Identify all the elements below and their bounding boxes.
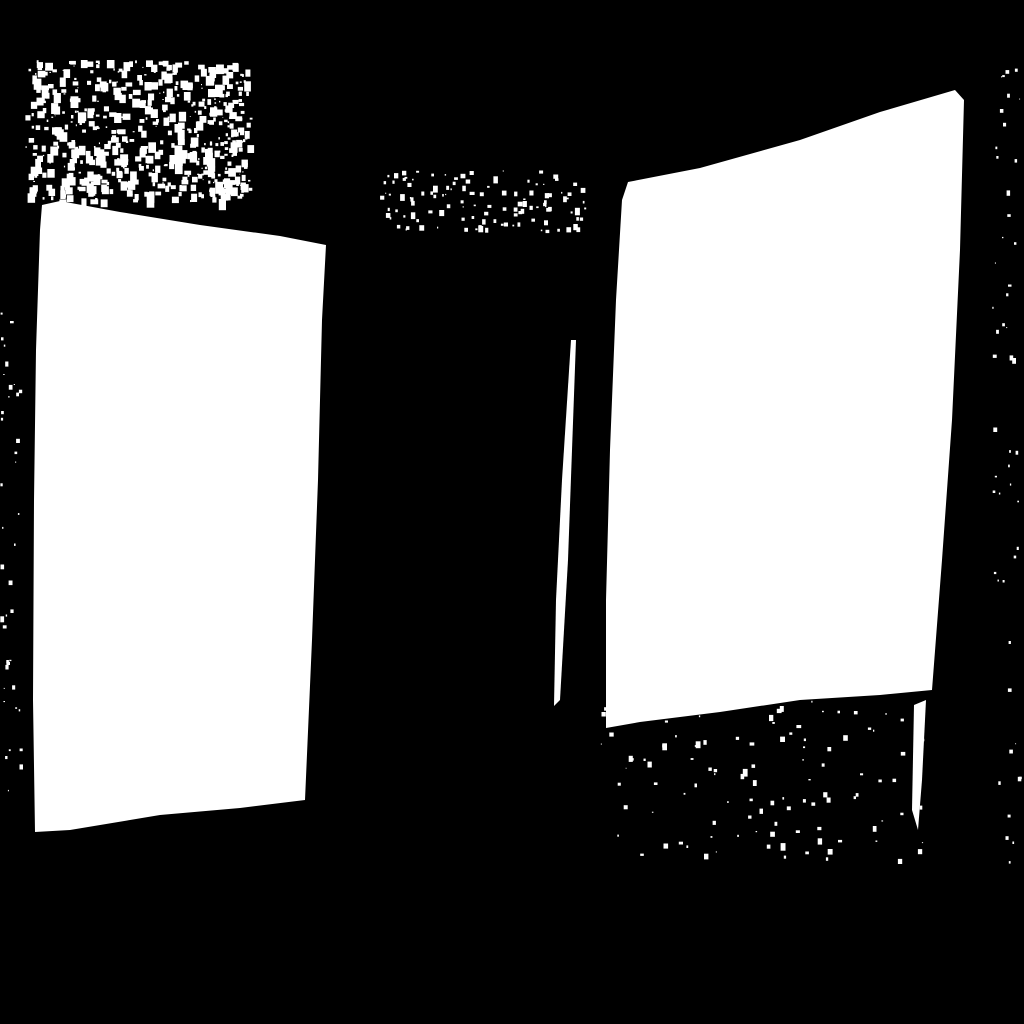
left-window bbox=[33, 201, 326, 832]
right-window bbox=[606, 90, 964, 728]
scene-canvas bbox=[0, 0, 1024, 1024]
